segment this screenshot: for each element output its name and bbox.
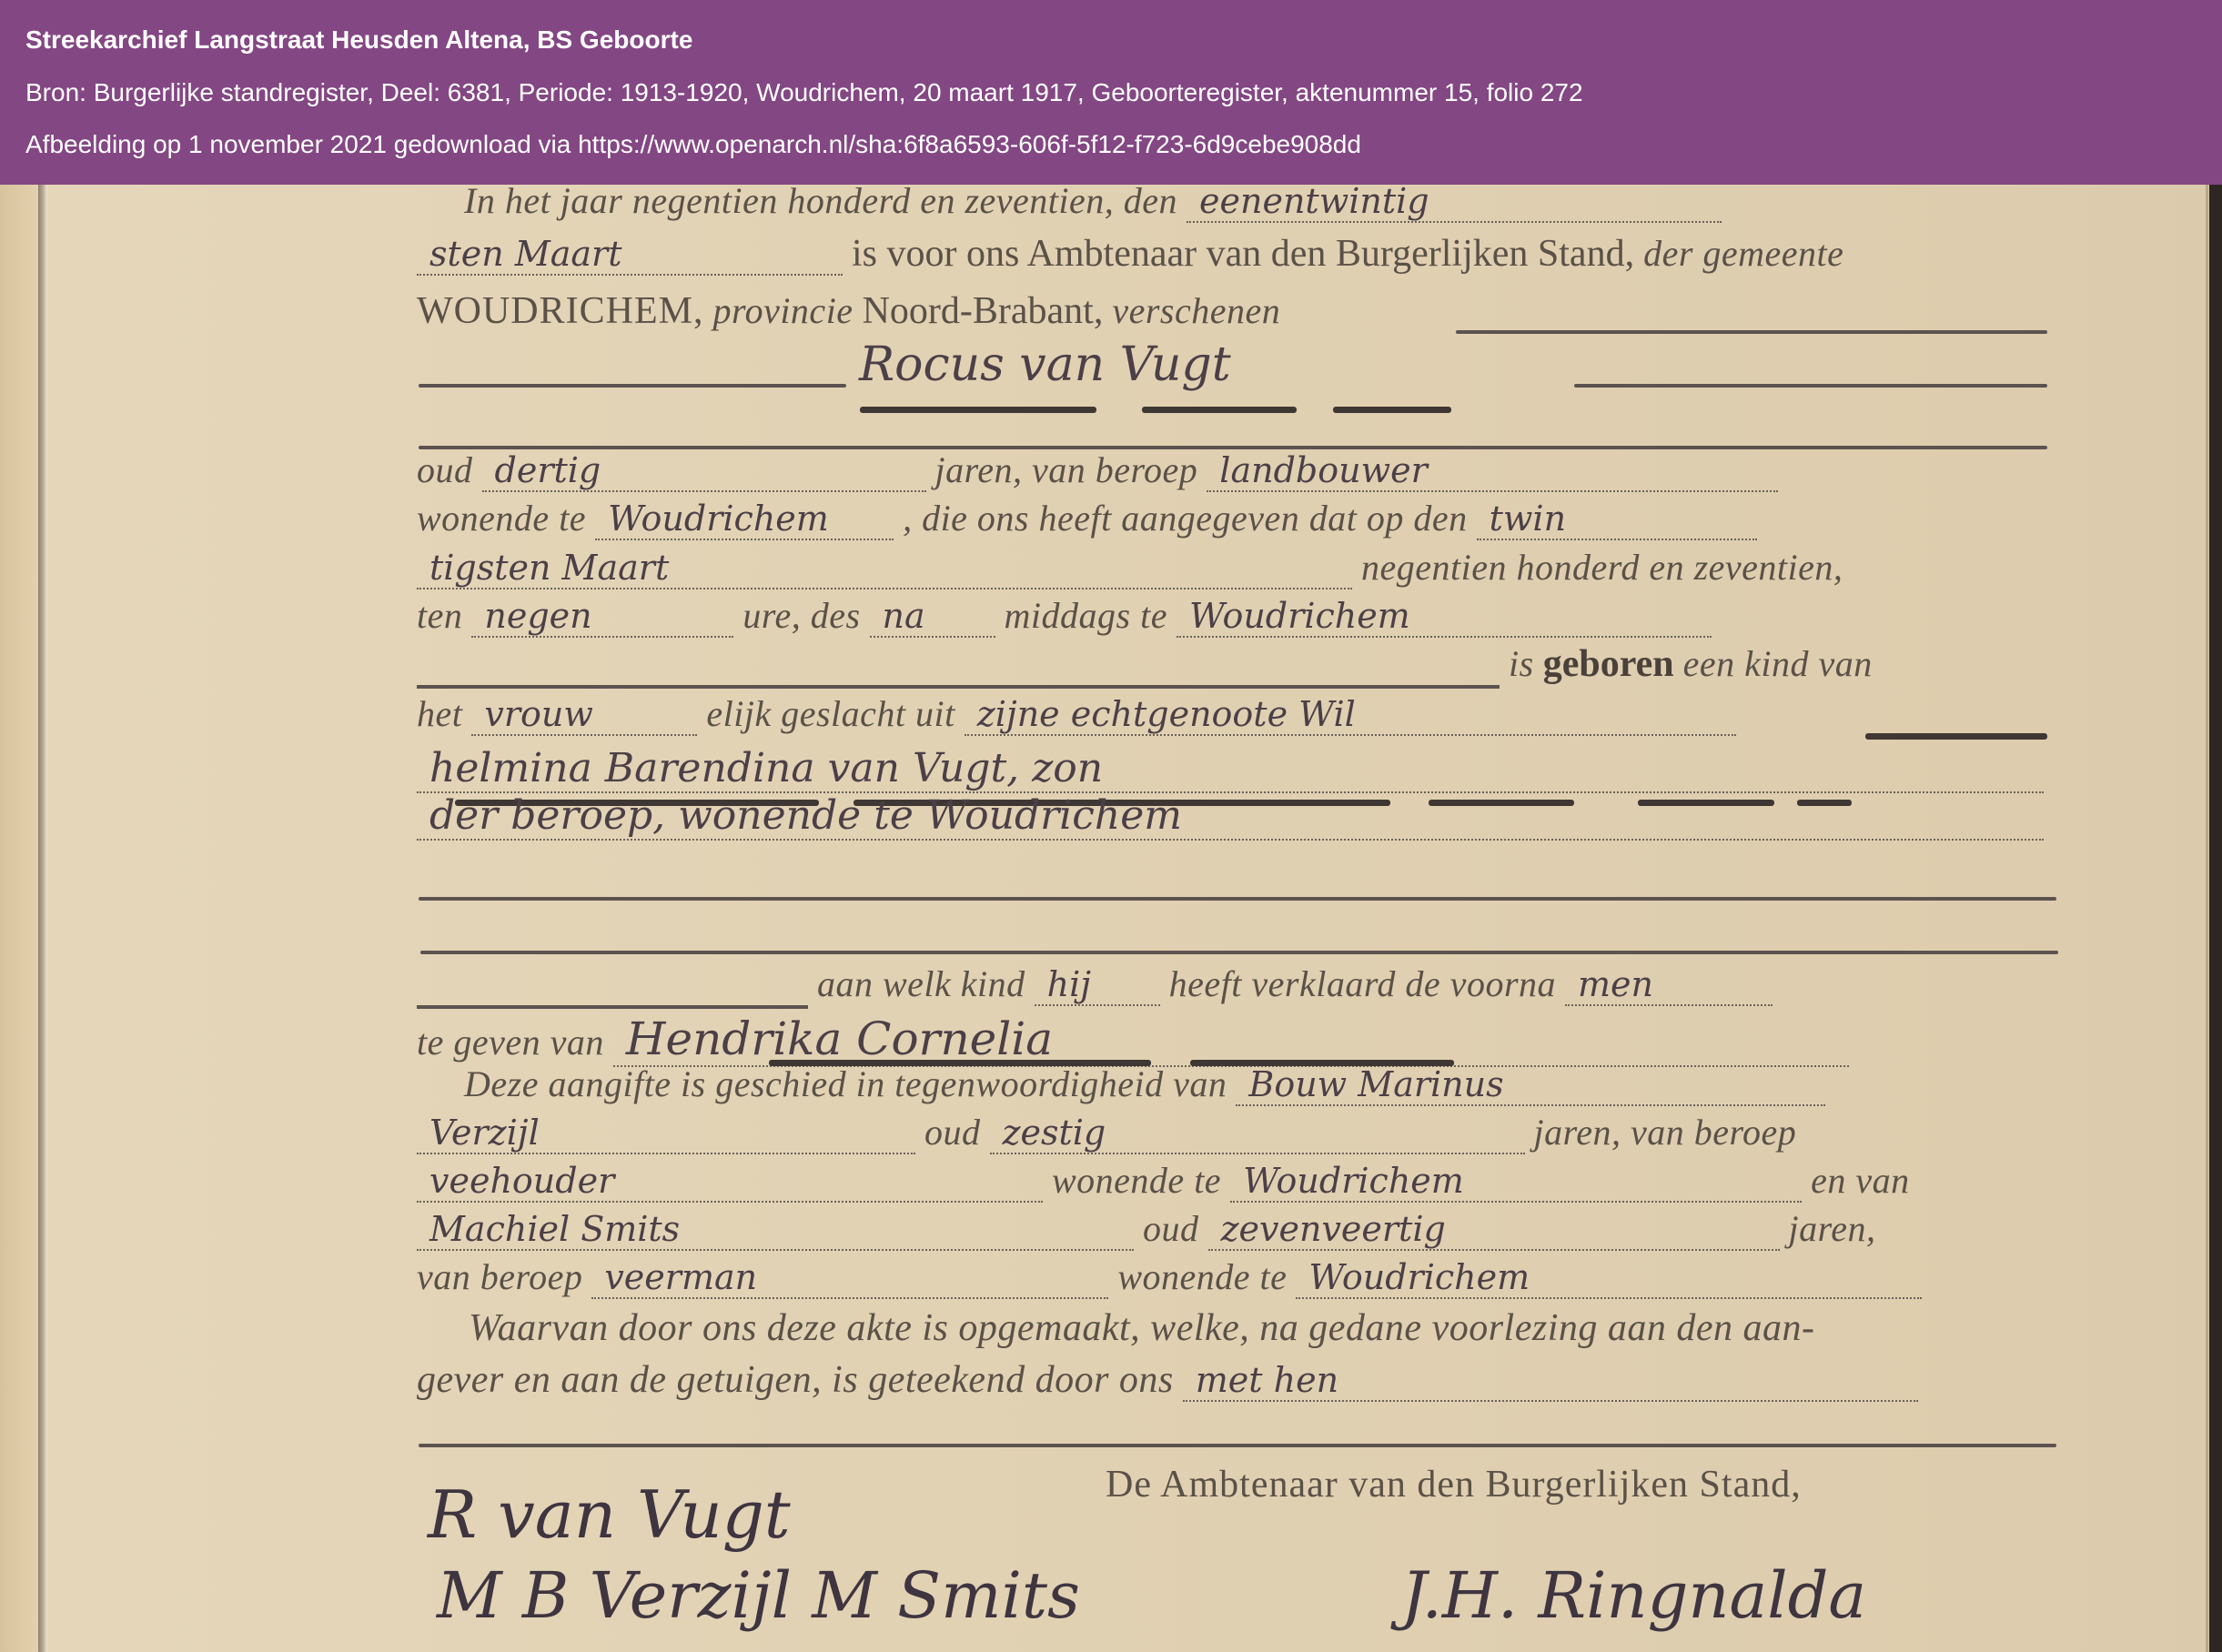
scanned-document: In het jaar negentien honderd en zeventi… — [0, 185, 2222, 1652]
doc-line-witnesses-intro: Deze aangifte is geschied in tegenwoordi… — [464, 1063, 2102, 1112]
doc-line-closing-2: gever en aan de getuigen, is geteekend d… — [417, 1358, 2055, 1407]
doc-line-declarant-name: Rocus van Vugt — [846, 337, 2222, 387]
fill-line — [419, 897, 2056, 901]
birth-place: Woudrichem — [1177, 596, 1712, 638]
doc-line-birth-date: tigsten Maart negentien honderd en zeven… — [417, 546, 2055, 595]
doc-line-witness-1: Verzijl oud zestig jaren, van beroep — [417, 1111, 2055, 1160]
fill-line — [417, 962, 808, 1009]
fill-line — [1456, 330, 2047, 334]
fill-line — [419, 384, 846, 388]
mother-occupation-residence: der beroep, wonende te Woudrichem — [417, 792, 2044, 841]
doc-line-2: sten Maart is voor ons Ambtenaar van den… — [417, 232, 2055, 281]
witness-2-age: zevenveertig — [1208, 1209, 1780, 1251]
official-title: De Ambtenaar van den Burgerlijken Stand, — [1106, 1463, 1802, 1506]
name-underline — [1142, 407, 1297, 413]
witness-1-occupation: veehouder — [417, 1161, 1043, 1203]
official-signature: J.H. Ringnalda — [1401, 1558, 1866, 1633]
archive-title: Streekarchief Langstraat Heusden Altena,… — [25, 25, 692, 55]
birth-hour: negen — [471, 596, 733, 638]
witness-1-residence: Woudrichem — [1230, 1161, 1802, 1203]
declarant-signature: R van Vugt — [428, 1476, 791, 1553]
download-note: Afbeelding op 1 november 2021 gedownload… — [25, 130, 1361, 159]
page-fold — [38, 185, 47, 1652]
witness-1-age: zestig — [990, 1113, 1525, 1154]
page-binding-edge — [0, 185, 41, 1652]
doc-line-witness-2: Machiel Smits oud zevenveertig jaren, — [417, 1207, 2055, 1256]
witness-2-occupation: veerman — [591, 1257, 1108, 1299]
witness-2-residence: Woudrichem — [1296, 1257, 1922, 1299]
name-underline — [860, 407, 1096, 413]
fill-line — [417, 642, 1500, 689]
doc-line-birth-time-place: ten negen ure, des na middags te Woudric… — [417, 594, 2055, 643]
birth-date: tigsten Maart — [417, 548, 1352, 589]
declarant-residence: Woudrichem — [595, 499, 894, 540]
scan-dark-border — [2209, 185, 2222, 1652]
doc-line-child-name: te geven van Hendrika Cornelia — [417, 1012, 2055, 1062]
witness-2-name: Machiel Smits — [417, 1209, 1134, 1251]
doc-line-witness-1-details: veehouder wonende te Woudrichem en van — [417, 1159, 2055, 1208]
declarant-name: Rocus van Vugt — [846, 337, 1244, 392]
child-sex: vrouw — [471, 694, 697, 736]
witness-1-first-names: Bouw Marinus — [1236, 1064, 1825, 1106]
child-name: Hendrika Cornelia — [613, 1012, 1849, 1067]
signed-with: met hen — [1183, 1360, 1918, 1402]
witness-signatures: M B Verzijl M Smits — [437, 1558, 1080, 1633]
closing-rule — [419, 1444, 2056, 1447]
handwritten-date: eenentwintig — [1187, 185, 1722, 223]
doc-line-mother-occupation: der beroep, wonende te Woudrichem — [417, 792, 2055, 841]
source-citation: Bron: Burgerlijke standregister, Deel: 6… — [25, 78, 1583, 107]
doc-line-geboren: is geboren een kind van — [417, 642, 2055, 691]
doc-line-mother-name: helmina Barendina van Vugt, zon — [417, 745, 2055, 794]
page-right-margin — [2206, 185, 2208, 1652]
declarant-occupation: landbouwer — [1207, 450, 1778, 492]
name-underline — [1333, 407, 1451, 413]
mother-name: helmina Barendina van Vugt, zon — [417, 745, 2044, 793]
doc-line-given-names: aan welk kind hij heeft verklaard de voo… — [417, 962, 2055, 1012]
handwritten-month: sten Maart — [417, 234, 843, 276]
fill-line — [420, 951, 2058, 954]
declarant-age: dertig — [482, 450, 926, 492]
doc-line-witness-2-details: van beroep veerman wonende te Woudrichem — [417, 1255, 2055, 1304]
archive-header: Streekarchief Langstraat Heusden Altena,… — [0, 0, 2222, 185]
doc-line-residence: wonende te Woudrichem , die ons heeft aa… — [417, 497, 2055, 546]
doc-line-sex-parents: het vrouw elijk geslacht uit zijne echtg… — [417, 692, 2055, 741]
fill-line — [1574, 384, 2047, 388]
doc-line-closing-1: Waarvan door ons deze akte is opgemaakt,… — [469, 1306, 2106, 1355]
doc-line-age-occupation: oud dertig jaren, van beroep landbouwer — [417, 448, 2055, 498]
witness-1-surname: Verzijl — [417, 1113, 915, 1154]
doc-line-1: In het jaar negentien honderd en zeventi… — [464, 185, 2102, 228]
name-underline — [1865, 733, 2047, 740]
